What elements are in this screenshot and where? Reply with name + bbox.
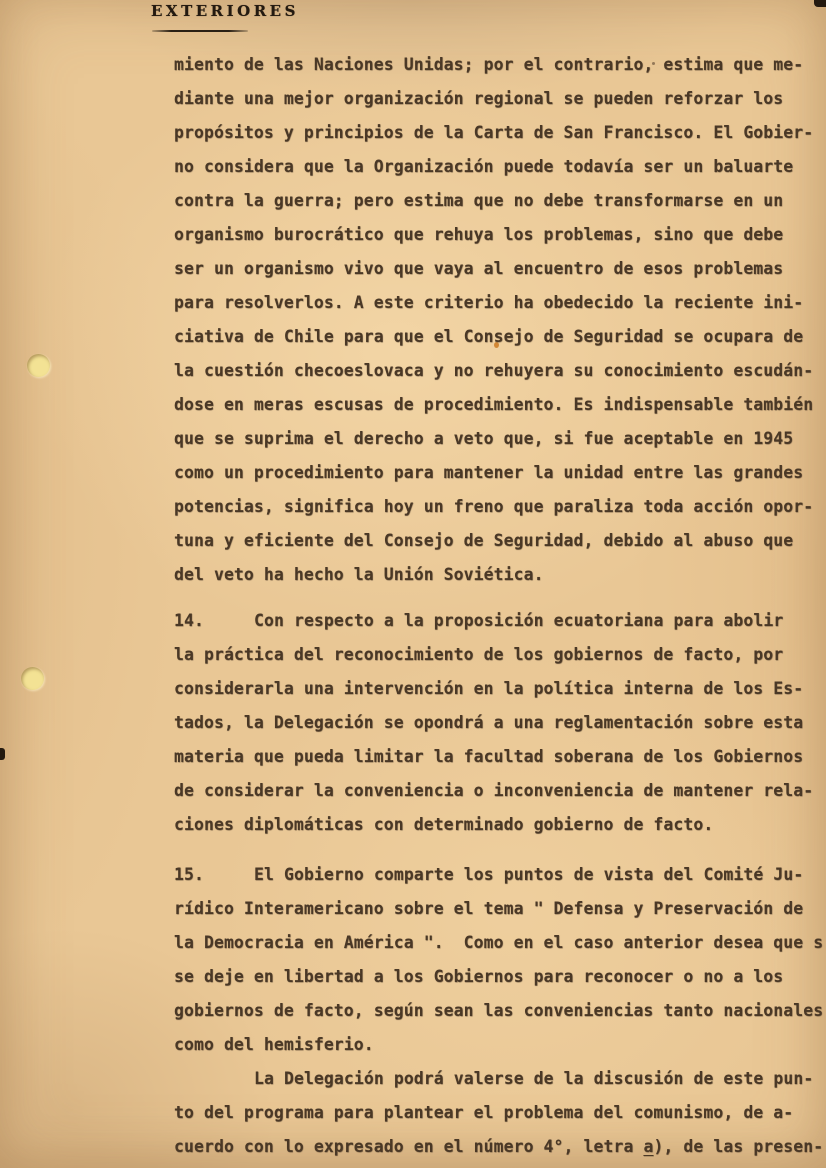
- text-line: La Delegación podrá valerse de la discus…: [174, 1062, 826, 1096]
- text-line: considerarla una intervención en la polí…: [174, 672, 826, 706]
- text-line: la cuestión checoeslovaca y no rehuyera …: [174, 354, 826, 388]
- text-line: como del hemisferio.: [174, 1028, 826, 1062]
- paragraph-14: 14.Con respecto a la proposición ecuator…: [174, 604, 826, 842]
- text-segment: ), de las presen-: [653, 1137, 823, 1156]
- text-segment: cuerdo con lo expresado en el número 4°,…: [174, 1137, 643, 1156]
- text-segment: El Gobierno comparte los puntos de vista…: [254, 865, 803, 884]
- paragraph-15: 15.El Gobierno comparte los puntos de vi…: [174, 858, 826, 1062]
- text-line: organismo burocrático que rehuya los pro…: [174, 218, 826, 252]
- text-line: dose en meras escusas de procedimiento. …: [174, 388, 826, 422]
- text-line: ciones diplomáticas con determinado gobi…: [174, 808, 826, 842]
- paragraph-number: 15.: [174, 858, 254, 892]
- text-line: del veto ha hecho la Unión Soviética.: [174, 558, 826, 592]
- scan-artifact-mark: [814, 0, 826, 7]
- text-line: no considera que la Organización puede t…: [174, 150, 826, 184]
- text-line: de considerar la conveniencia o inconven…: [174, 774, 826, 808]
- text-line: rídico Interamericano sobre el tema " De…: [174, 892, 826, 926]
- text-line: to del programa para plantear el problem…: [174, 1096, 826, 1130]
- text-line: contra la guerra; pero estima que no deb…: [174, 184, 826, 218]
- letterhead-header: EXTERIORES: [151, 2, 299, 20]
- text-line: miento de las Naciones Unidas; por el co…: [174, 48, 826, 82]
- text-segment: Con respecto a la proposición ecuatorian…: [254, 611, 783, 630]
- header-underline: [152, 30, 248, 32]
- text-line: gobiernos de facto, según sean las conve…: [174, 994, 826, 1028]
- typewritten-body: miento de las Naciones Unidas; por el co…: [174, 48, 826, 1164]
- text-line: materia que pueda limitar la facultad so…: [174, 740, 826, 774]
- text-line: como un procedimiento para mantener la u…: [174, 456, 826, 490]
- underlined-letter: a: [643, 1137, 653, 1156]
- text-line: la Democracia en América ". Como en el c…: [174, 926, 826, 960]
- text-line: 14.Con respecto a la proposición ecuator…: [174, 604, 826, 638]
- punch-hole: [21, 667, 44, 690]
- text-line: 15.El Gobierno comparte los puntos de vi…: [174, 858, 826, 892]
- text-line: propósitos y principios de la Carta de S…: [174, 116, 826, 150]
- text-line: ciativa de Chile para que el Consejo de …: [174, 320, 826, 354]
- text-line: diante una mejor organización regional s…: [174, 82, 826, 116]
- text-line: tados, la Delegación se opondrá a una re…: [174, 706, 826, 740]
- scan-artifact-mark: [0, 748, 5, 760]
- punch-hole: [27, 354, 50, 377]
- text-line: cuerdo con lo expresado en el número 4°,…: [174, 1130, 826, 1164]
- paragraph-13-continuation: miento de las Naciones Unidas; por el co…: [174, 48, 826, 592]
- text-line: para resolverlos. A este criterio ha obe…: [174, 286, 826, 320]
- scanned-document-page: EXTERIORES miento de las Naciones Unidas…: [0, 0, 826, 1168]
- text-line: se deje en libertad a los Gobiernos para…: [174, 960, 826, 994]
- text-line: que se suprima el derecho a veto que, si…: [174, 422, 826, 456]
- text-line: la práctica del reconocimiento de los go…: [174, 638, 826, 672]
- text-line: ser un organismo vivo que vaya al encuen…: [174, 252, 826, 286]
- closing-paragraph: La Delegación podrá valerse de la discus…: [174, 1062, 826, 1164]
- text-line: potencias, significa hoy un freno que pa…: [174, 490, 826, 524]
- paragraph-number: 14.: [174, 604, 254, 638]
- text-line: tuna y eficiente del Consejo de Segurida…: [174, 524, 826, 558]
